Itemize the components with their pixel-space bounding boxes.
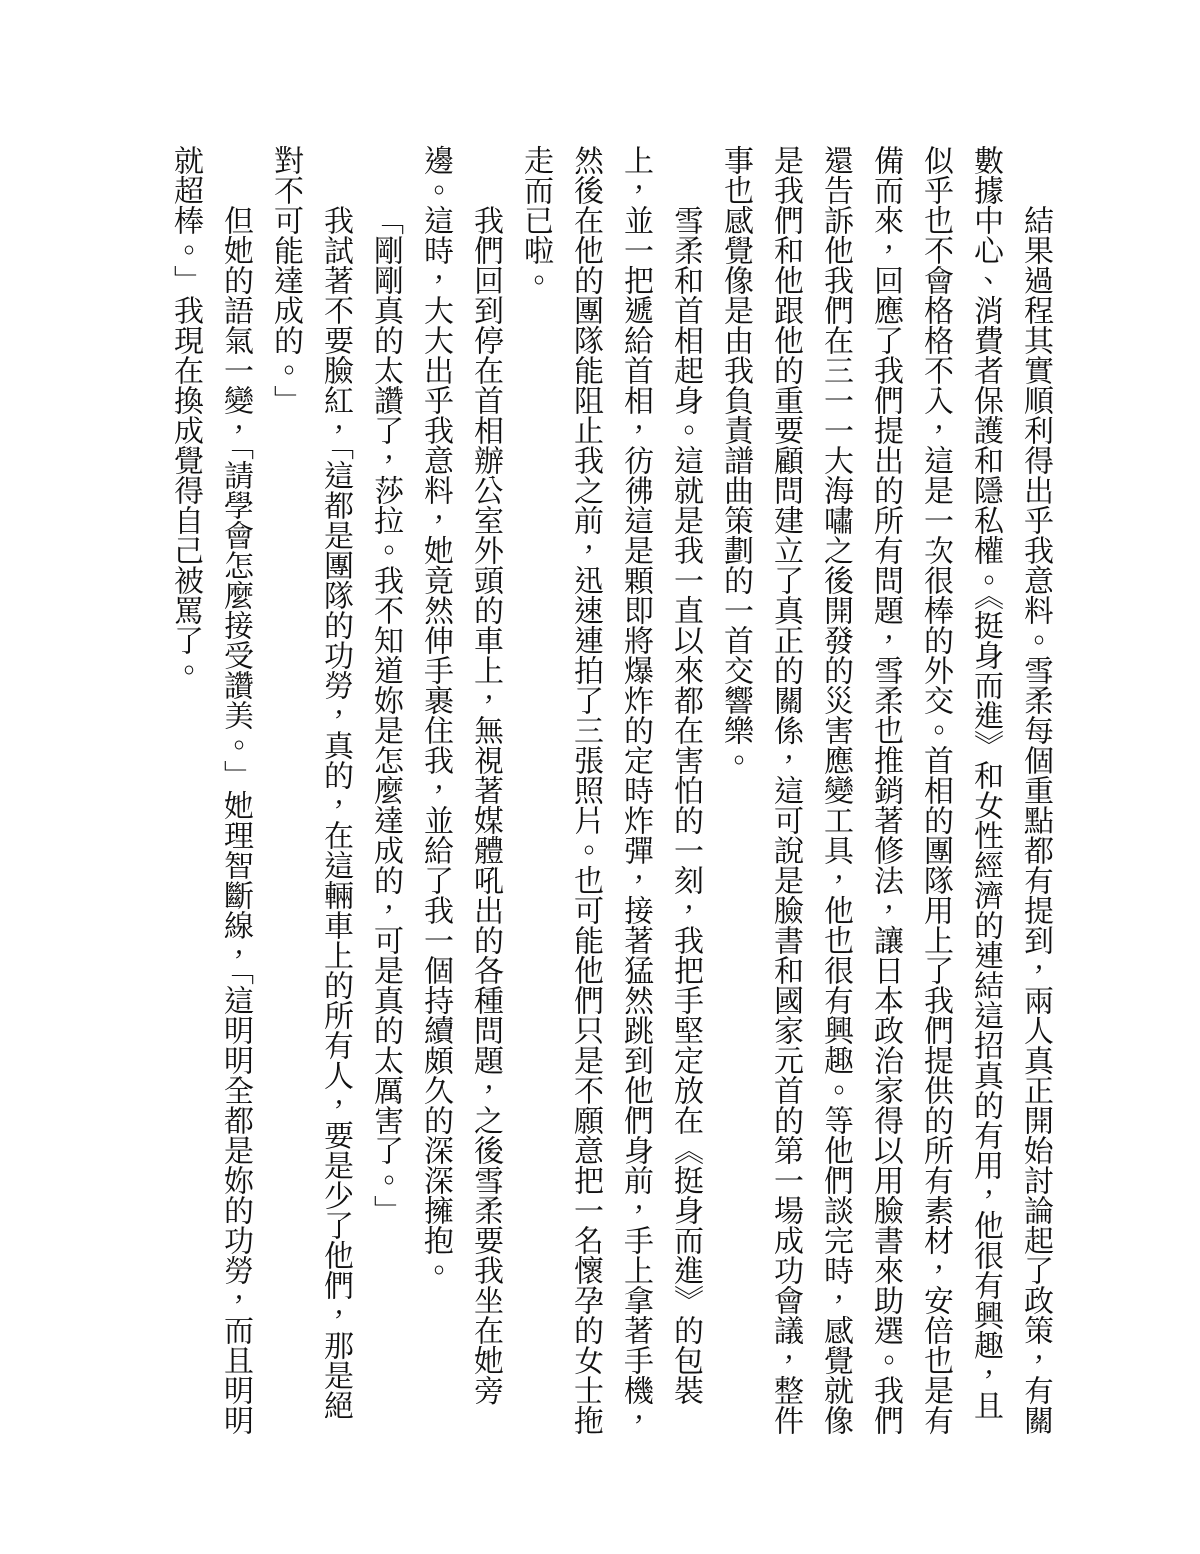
paragraph-1: 結果過程其實順利得出乎我意料。雪柔每個重點都有提到，兩人真正開始討論起了政策，有… xyxy=(710,145,1060,1437)
paragraph-2: 雪柔和首相起身。這就是我一直以來都在害怕的一刻，我把手堅定放在《挺身而進》的包裝… xyxy=(510,145,710,1437)
paragraph-3: 我們回到停在首相辦公室外頭的車上，無視著媒體吼出的各種問題，之後雪柔要我坐在她旁… xyxy=(410,145,510,1437)
paragraph-4: 「剛剛真的太讚了，莎拉。我不知道妳是怎麼達成的，可是真的太厲害了。」 xyxy=(360,145,410,1437)
paragraph-6: 但她的語氣一變，「請學會怎麼接受讚美。」她理智斷線，「這明明全都是妳的功勞，而且… xyxy=(160,145,260,1437)
paragraph-5: 我試著不要臉紅，「這都是團隊的功勞，真的，在這輛車上的所有人，要是少了他們，那是… xyxy=(260,145,360,1437)
page-text-block: 結果過程其實順利得出乎我意料。雪柔每個重點都有提到，兩人真正開始討論起了政策，有… xyxy=(160,145,1060,1437)
book-page: 結果過程其實順利得出乎我意料。雪柔每個重點都有提到，兩人真正開始討論起了政策，有… xyxy=(0,0,1200,1554)
